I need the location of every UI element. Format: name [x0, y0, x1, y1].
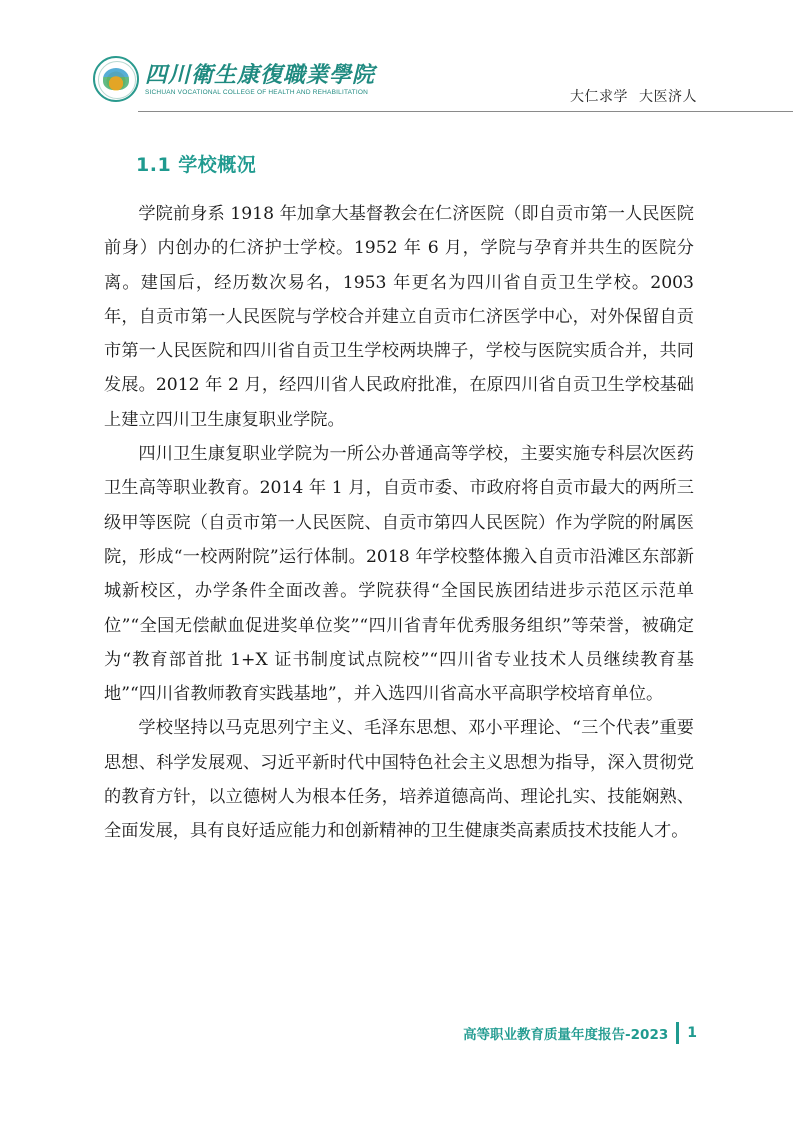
- college-name-en: SICHUAN VOCATIONAL COLLEGE OF HEALTH AND…: [145, 89, 375, 96]
- page-number: 1: [687, 1025, 697, 1041]
- paragraph-overview: 四川卫生康复职业学院为一所公办普通高等学校，主要实施专科层次医药卫生高等职业教育…: [104, 437, 694, 711]
- header-divider: [138, 111, 793, 112]
- paragraph-guiding-ideology: 学校坚持以马克思列宁主义、毛泽东思想、邓小平理论、“三个代表”重要思想、科学发展…: [104, 711, 694, 848]
- college-motto: 大仁求学 大医济人: [570, 86, 697, 106]
- section-title: 1.1 学校概况: [136, 150, 256, 177]
- paragraph-history: 学院前身系 1918 年加拿大基督教会在仁济医院（即自贡市第一人民医院前身）内创…: [104, 197, 694, 437]
- report-title: 高等职业教育质量年度报告-2023: [463, 1023, 668, 1043]
- document-body: 学院前身系 1918 年加拿大基督教会在仁济医院（即自贡市第一人民医院前身）内创…: [104, 197, 694, 849]
- page-header: 四川衛生康復職業學院 SICHUAN VOCATIONAL COLLEGE OF…: [0, 0, 793, 120]
- college-emblem-icon: [93, 56, 139, 102]
- logo-text: 四川衛生康復職業學院 SICHUAN VOCATIONAL COLLEGE OF…: [145, 62, 375, 96]
- page-footer: 高等职业教育质量年度报告-2023 1: [463, 1022, 697, 1044]
- college-logo: 四川衛生康復職業學院 SICHUAN VOCATIONAL COLLEGE OF…: [93, 56, 375, 102]
- footer-divider: [676, 1022, 679, 1044]
- college-name-cn: 四川衛生康復職業學院: [145, 62, 375, 88]
